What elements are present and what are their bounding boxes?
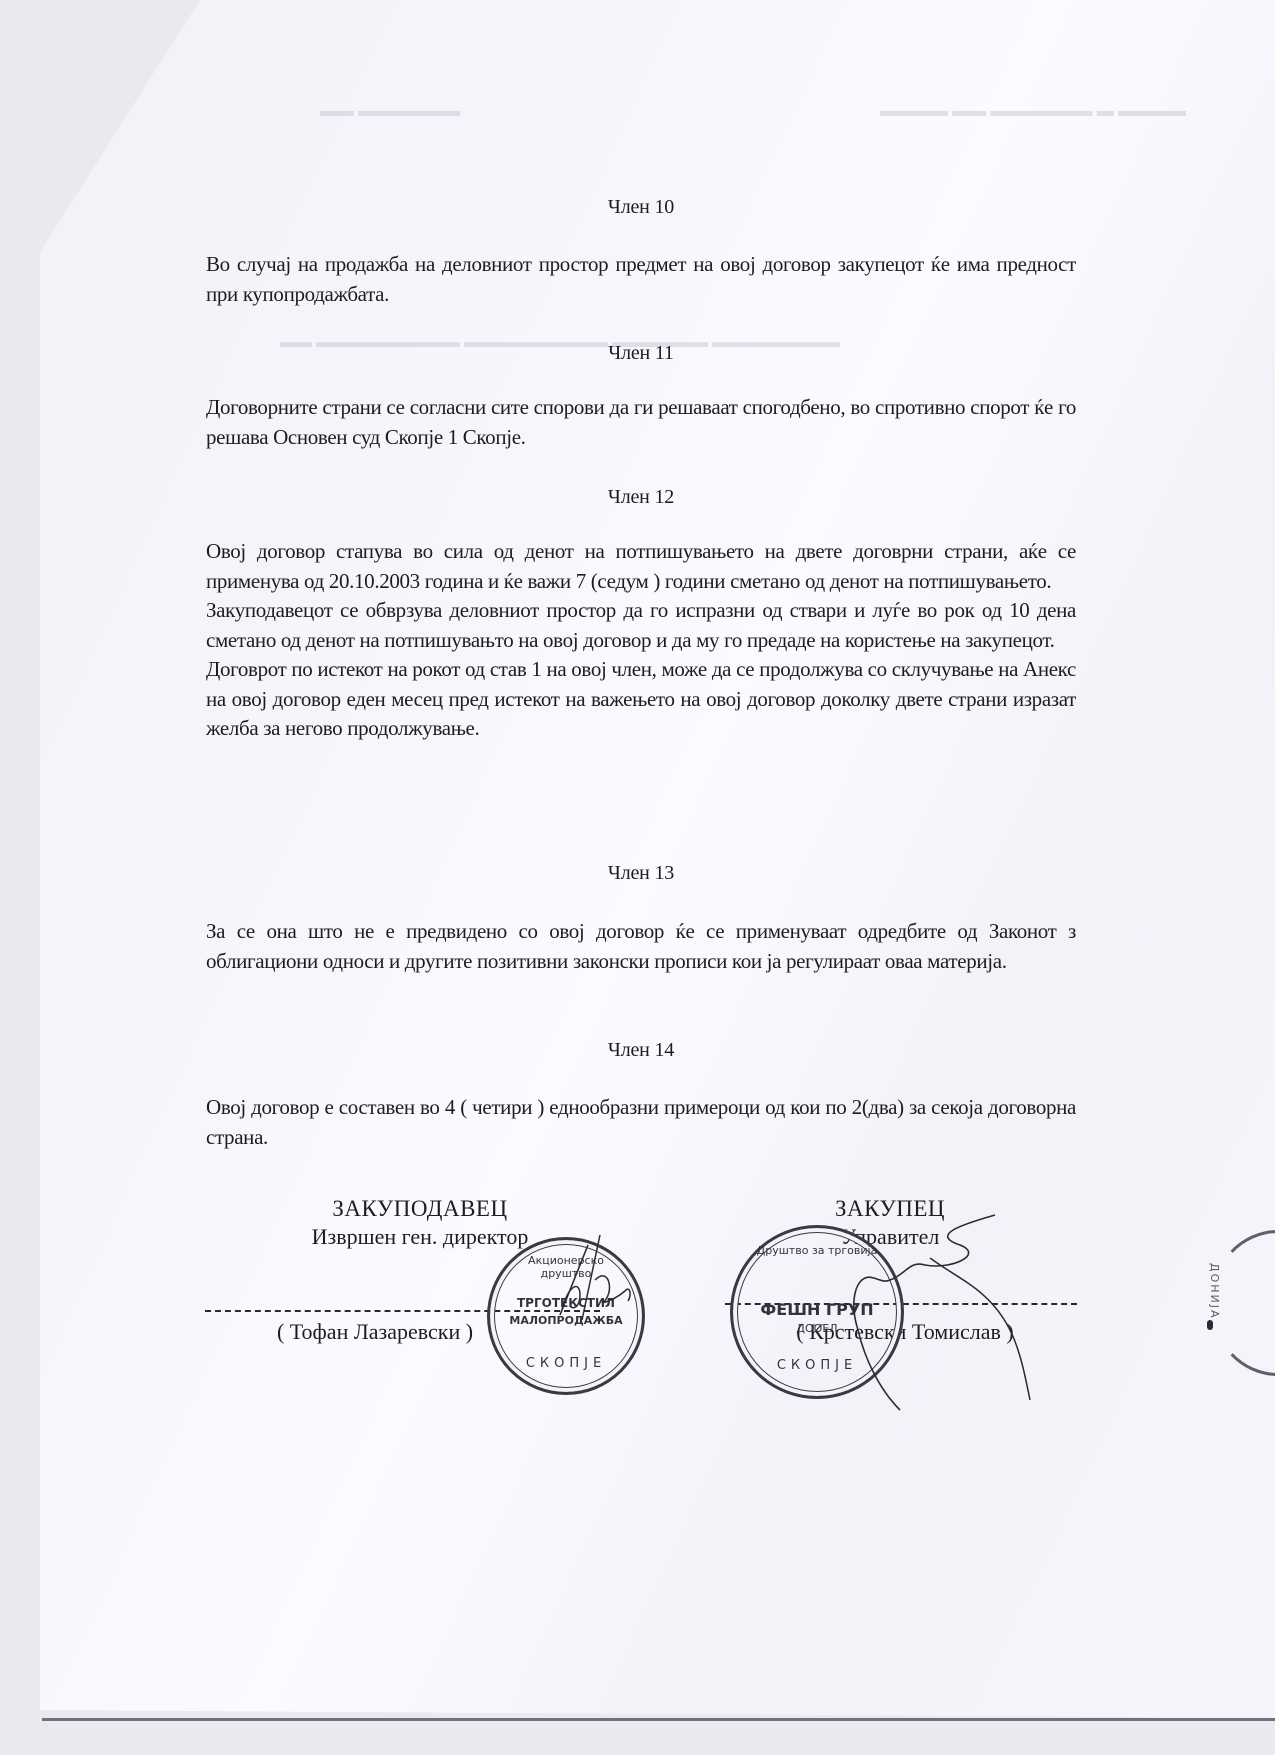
- article-heading-13: Член 13: [206, 858, 1076, 888]
- paragraph: Закуподавецот се обврзува деловниот прос…: [206, 596, 1076, 655]
- article-12-text: Овој договор стапува во сила од денот на…: [206, 537, 1076, 744]
- paragraph: За се она што не е предвидено со овој до…: [206, 917, 1076, 976]
- article-heading-10: Член 10: [206, 192, 1076, 222]
- paragraph: Овој договор е составен во 4 ( четири ) …: [206, 1093, 1076, 1152]
- lessor-handwritten-signature: [540, 1225, 650, 1335]
- article-14-text: Овој договор е составен во 4 ( четири ) …: [206, 1093, 1076, 1152]
- article-heading-14: Член 14: [206, 1035, 1076, 1065]
- bleed-through-text: ▬▬▬▬ ▬▬ ▬▬▬▬▬▬ ▬ ▬▬▬▬: [880, 98, 1186, 124]
- paragraph: Овој договор стапува во сила од денот на…: [206, 537, 1076, 596]
- lessor-signature-block: ЗАКУПОДАВЕЦ Извршен ген. директор: [270, 1195, 570, 1251]
- bleed-through-text: ▬▬ ▬▬▬▬▬▬: [320, 98, 460, 124]
- paragraph: Договрот по истекот на рокот од став 1 н…: [206, 655, 1076, 744]
- article-13-text: За се она што не е предвидено со овој до…: [206, 917, 1076, 976]
- article-heading-12: Член 12: [206, 482, 1076, 512]
- article-11-text: Договорните страни се согласни сите спор…: [206, 393, 1076, 452]
- ink-mark: [1207, 1320, 1213, 1330]
- paragraph: Договорните страни се согласни сите спор…: [206, 393, 1076, 452]
- page-edge: [42, 1718, 1275, 1721]
- lessor-title: ЗАКУПОДАВЕЦ: [270, 1195, 570, 1223]
- lessor-role: Извршен ген. директор: [270, 1223, 570, 1251]
- article-heading-11: Член 11: [206, 338, 1076, 368]
- article-10-text: Во случај на продажба на деловниот прост…: [206, 250, 1076, 309]
- lessee-handwritten-signature: [810, 1210, 1070, 1410]
- paragraph: Во случај на продажба на деловниот прост…: [206, 250, 1076, 309]
- stamp-arc-text: ДОНИЈА: [1208, 1263, 1221, 1320]
- stamp-city: СКОПЈЕ: [510, 1356, 622, 1371]
